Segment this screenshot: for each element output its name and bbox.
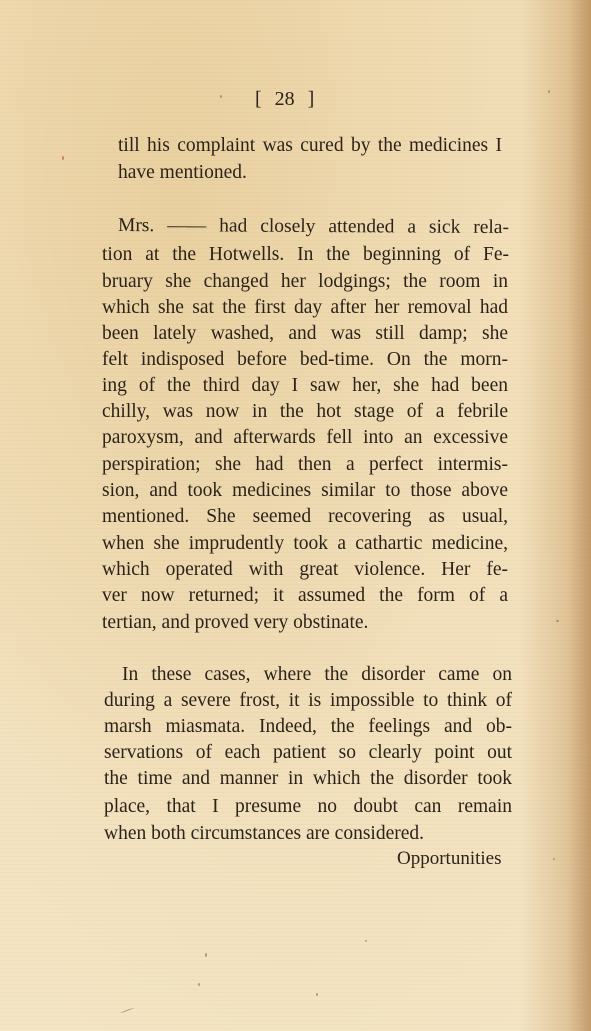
book-page: [ 28 ] till his complaint was cured by t…	[0, 0, 591, 1031]
ink-speck	[120, 1008, 133, 1014]
text-line: Mrs. —— had closely attended a sick rela…	[118, 214, 509, 240]
text-line: been lately washed, and was still damp; …	[102, 322, 508, 346]
catchword: Opportunities	[397, 848, 502, 870]
text-line: marsh miasmata. Indeed, the feelings and…	[104, 715, 512, 739]
text-line: chilly, was now in the hot stage of a fe…	[102, 400, 508, 424]
text-line: tertian, and proved very obstinate.	[102, 611, 368, 635]
text-line: during a severe frost, it is impossible …	[104, 689, 512, 713]
ink-speck	[365, 940, 367, 942]
text-line: ing of the third day I saw her, she had …	[102, 374, 508, 398]
ink-speck	[556, 620, 559, 622]
ink-speck	[205, 953, 207, 957]
text-line: which she sat the first day after her re…	[102, 296, 508, 320]
text-line: when she imprudently took a cathartic me…	[102, 532, 508, 556]
page-number-header: [ 28 ]	[255, 88, 314, 111]
ink-speck	[198, 983, 200, 986]
text-line: the time and manner in which the disorde…	[104, 767, 512, 791]
text-line: felt indisposed before bed-time. On the …	[102, 348, 508, 372]
text-line: sion, and took medicines similar to thos…	[102, 479, 508, 503]
text-line: place, that I presume no doubt can remai…	[104, 795, 512, 819]
ink-speck	[548, 90, 550, 93]
ink-speck	[62, 156, 64, 160]
text-line: In these cases, where the disorder came …	[122, 663, 512, 687]
ink-speck	[220, 95, 222, 98]
ink-speck	[553, 858, 555, 860]
text-line: bruary she changed her lodgings; the roo…	[102, 270, 508, 294]
text-line: which operated with great violence. Her …	[102, 558, 508, 582]
text-line: till his complaint was cured by the medi…	[118, 134, 502, 158]
text-line: perspiration; she had then a perfect int…	[102, 453, 508, 477]
text-line: when both circumstances are considered.	[104, 822, 424, 846]
text-line: ver now returned; it assumed the form of…	[102, 584, 508, 608]
ink-speck	[316, 993, 318, 996]
text-line: mentioned. She seemed recovering as usua…	[102, 505, 508, 529]
text-line: have mentioned.	[118, 161, 247, 185]
text-line: servations of each patient so clearly po…	[104, 741, 512, 765]
text-line: paroxysm, and afterwards fell into an ex…	[102, 426, 508, 450]
text-line: tion at the Hotwells. In the beginning o…	[102, 243, 509, 267]
